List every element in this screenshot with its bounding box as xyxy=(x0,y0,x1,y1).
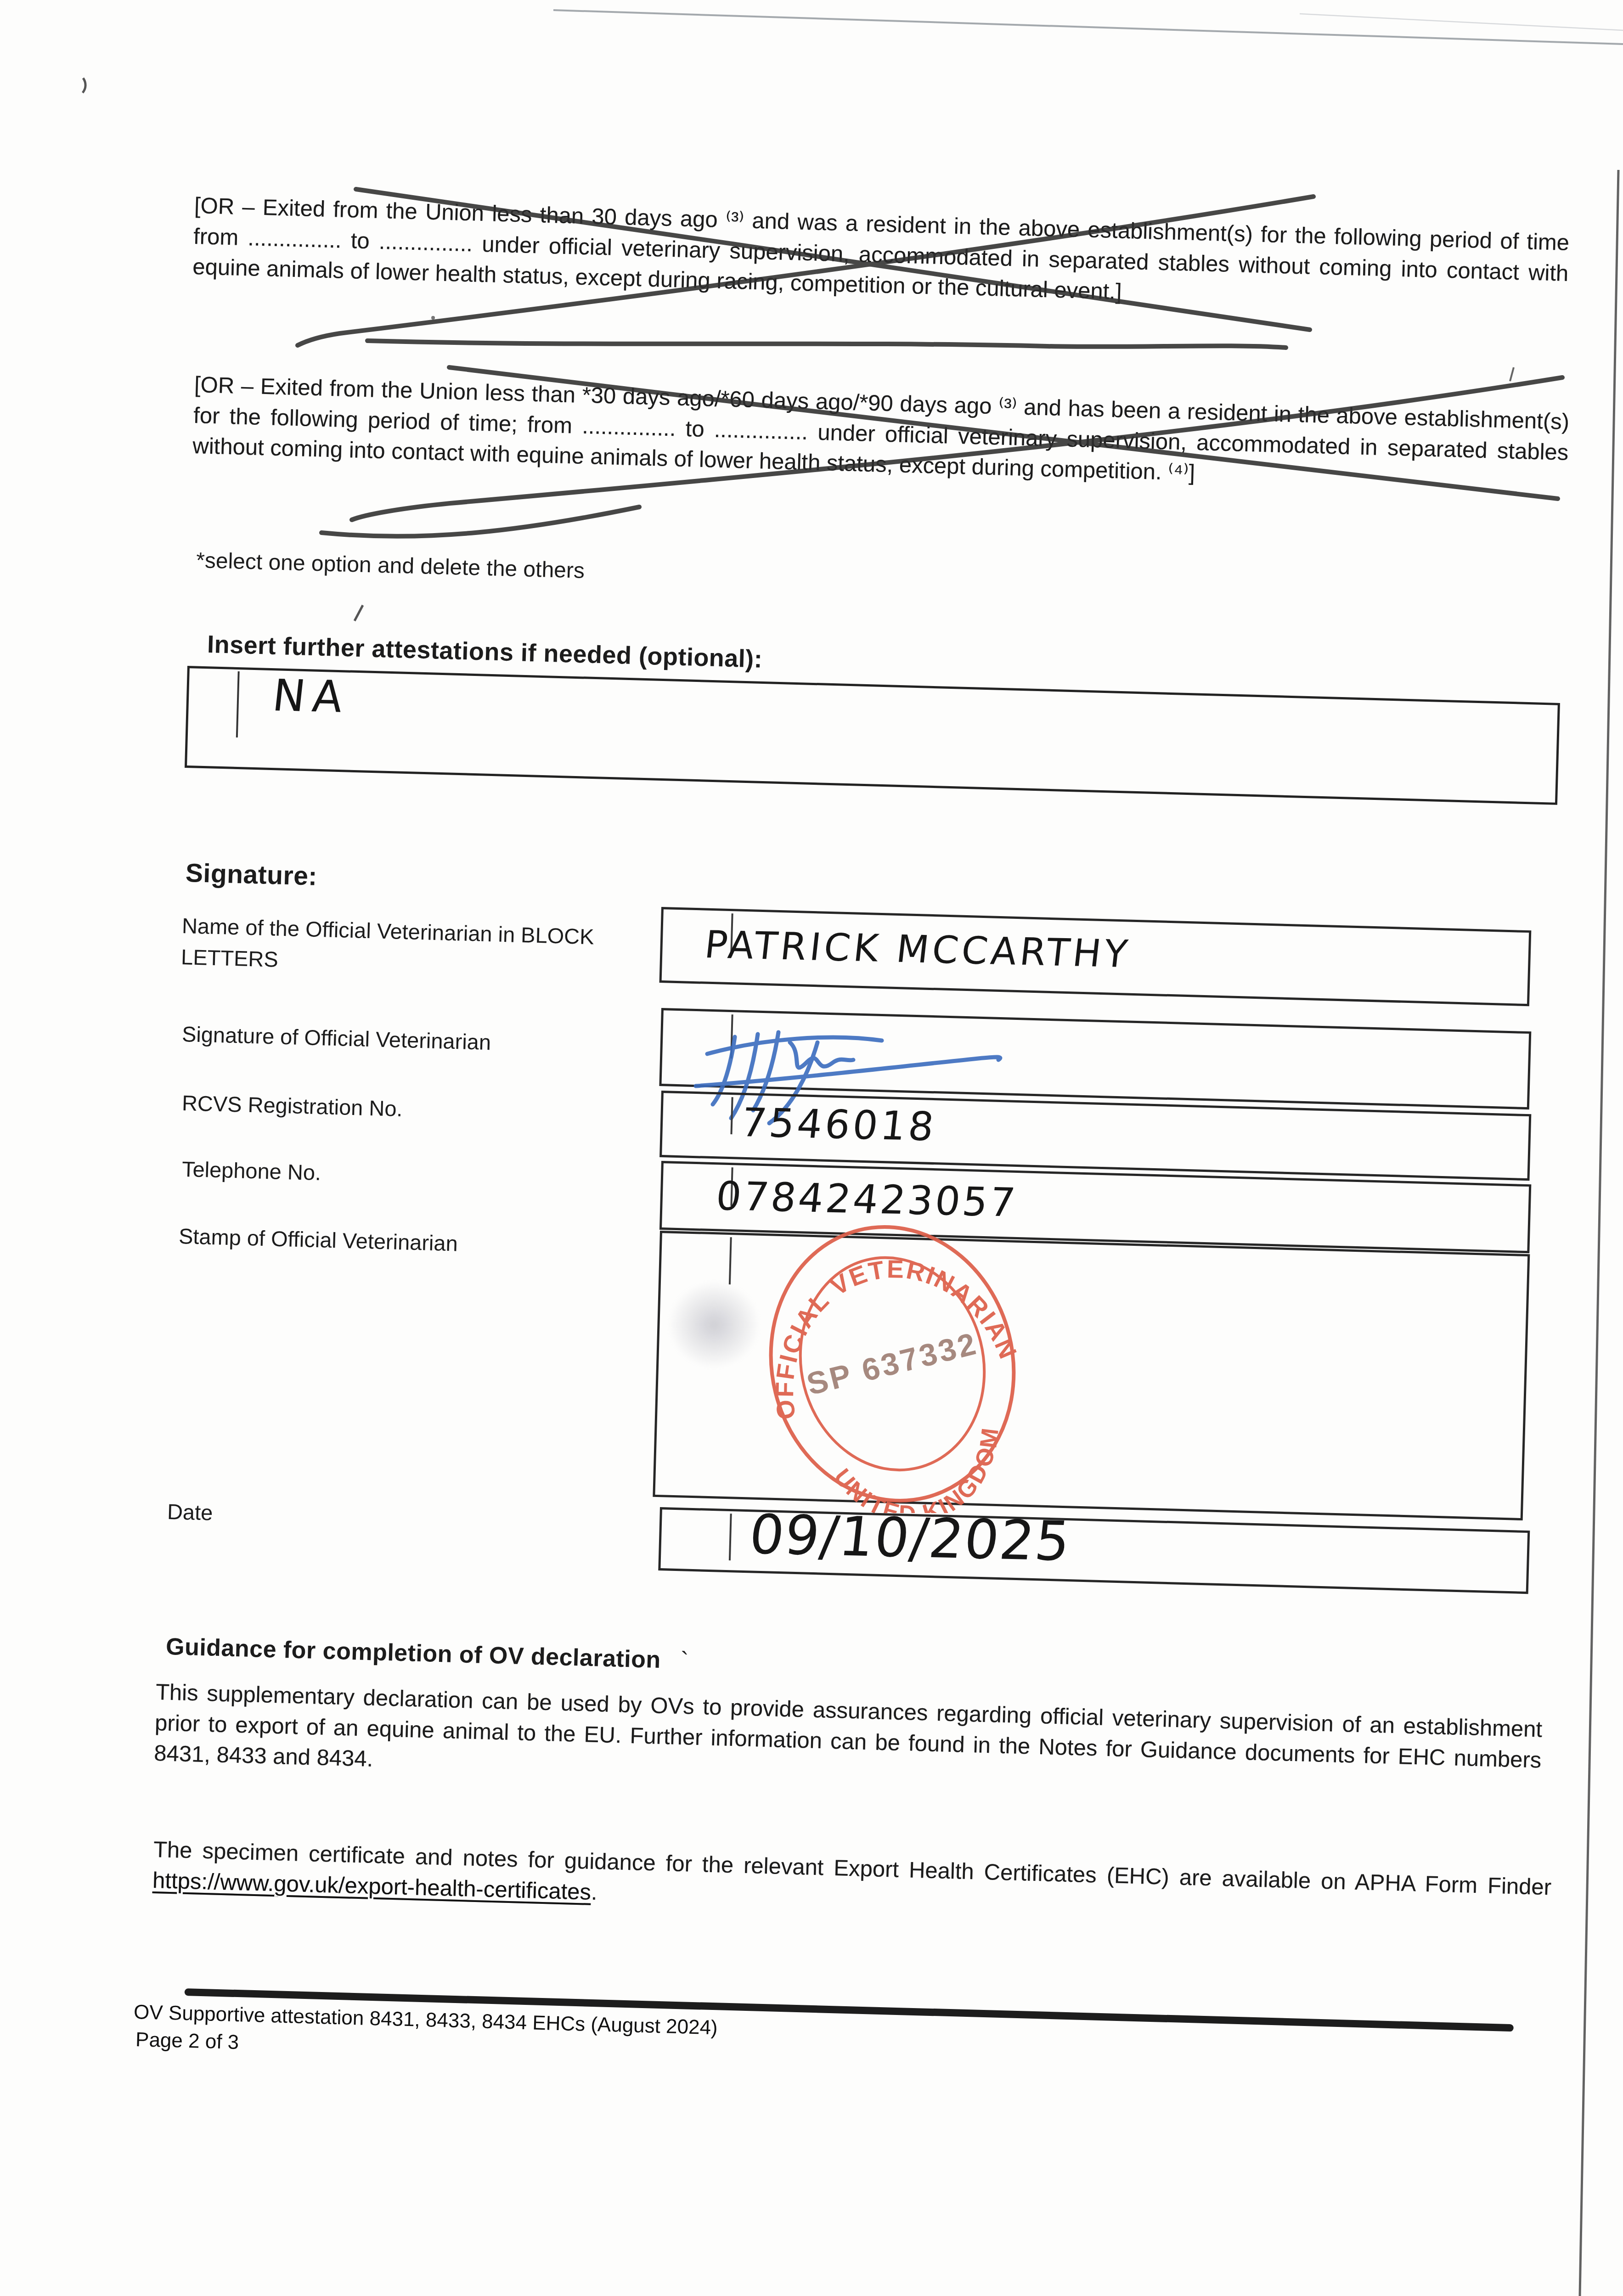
footer-line2: Page 2 of 3 xyxy=(135,2026,239,2056)
further-attestations-heading: Insert further attestations if needed (o… xyxy=(207,630,763,674)
telephone-label: Telephone No. xyxy=(181,1154,669,1198)
ehc-link[interactable]: https://www.gov.uk/export-health-certifi… xyxy=(152,1868,592,1905)
option2-paragraph: [OR – Exited from the Union less than *3… xyxy=(192,370,1570,499)
scan-smudge xyxy=(668,1281,760,1368)
speck-slash xyxy=(355,605,363,621)
option1-paragraph: [OR – Exited from the Union less than 30… xyxy=(192,191,1570,320)
page-top-edge-line xyxy=(553,10,1623,44)
guidance-paragraph: This supplementary declaration can be us… xyxy=(154,1677,1543,1806)
speck-tick xyxy=(1510,367,1514,381)
speck-mark xyxy=(83,78,85,93)
speck-dot xyxy=(431,316,435,320)
page-top-edge-line-2 xyxy=(1300,14,1623,30)
stray-pen-mark: ` xyxy=(680,1647,689,1674)
date-label: Date xyxy=(167,1496,654,1541)
box-divider-tick xyxy=(729,1514,732,1560)
scanned-document-page: [OR – Exited from the Union less than 30… xyxy=(0,0,1623,2296)
official-veterinarian-stamp: OFFICIAL VETERINARIAN UNITED KINGDOM SP … xyxy=(757,1215,1028,1513)
stamp-code: SP 637332 xyxy=(803,1326,981,1402)
select-option-note: *select one option and delete the others xyxy=(196,548,585,584)
specimen-paragraph-period: . xyxy=(591,1880,597,1904)
specimen-paragraph: The specimen certificate and notes for g… xyxy=(152,1835,1551,1934)
guidance-heading: Guidance for completion of OV declaratio… xyxy=(165,1633,689,1675)
rcvs-label: RCVS Registration No. xyxy=(181,1087,669,1132)
box-divider-tick xyxy=(729,1237,732,1284)
further-attestations-value-handwriting: NA xyxy=(270,670,353,723)
stamp-label: Stamp of Official Veterinarian xyxy=(178,1221,665,1265)
box-divider-tick xyxy=(730,1097,733,1134)
stamp-top-text: OFFICIAL VETERINARIAN xyxy=(757,1227,1025,1424)
signature-heading: Signature: xyxy=(185,858,318,892)
box-divider-tick xyxy=(236,671,240,737)
svg-text:OFFICIAL VETERINARIAN: OFFICIAL VETERINARIAN xyxy=(757,1227,1025,1424)
name-label: Name of the Official Veterinarian in BLO… xyxy=(180,910,669,986)
page-right-edge-line xyxy=(1580,170,1618,2296)
rcvs-value-handwriting: 7546018 xyxy=(739,1100,939,1150)
guidance-heading-text: Guidance for completion of OV declaratio… xyxy=(165,1633,661,1673)
signature-label: Signature of Official Veterinarian xyxy=(181,1019,669,1063)
date-value-handwriting: 09/10/2025 xyxy=(746,1503,1074,1573)
further-attestations-box xyxy=(185,666,1560,805)
